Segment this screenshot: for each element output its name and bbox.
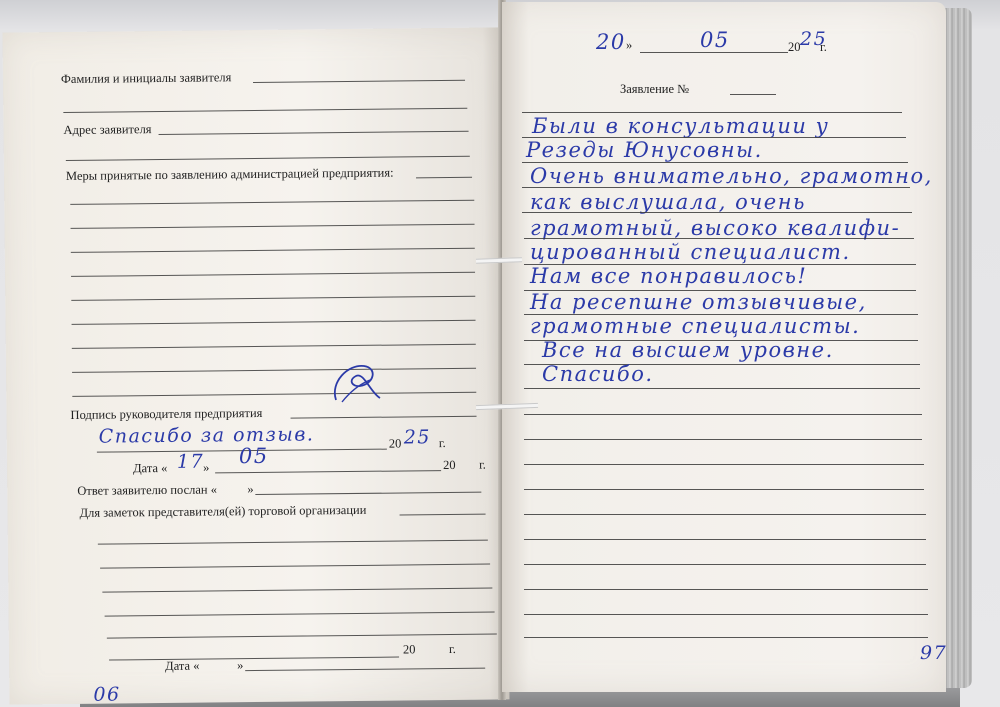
statement-line: Нам все понравилось! <box>530 264 807 288</box>
response-day: 17 <box>177 451 204 473</box>
right-page-number: 97 <box>920 642 947 664</box>
manager-signature-label: Подпись руководителя предприятия <box>70 406 262 423</box>
left-page: Фамилия и инициалы заявителя Адрес заяви… <box>2 27 509 704</box>
statement-day: 20 <box>596 30 626 54</box>
notes-year-suffix: г. <box>449 642 456 657</box>
applicant-address-line <box>159 131 469 135</box>
statement-line: Все на высшем уровне. <box>542 338 834 362</box>
statement-year-suffix: г. <box>820 40 827 55</box>
left-page-number: 06 <box>93 683 120 705</box>
measures-line <box>416 177 472 179</box>
notes-date-label: Дата « <box>165 659 199 674</box>
date-year-suffix: г. <box>479 458 486 473</box>
notes-date-close: » <box>237 658 243 673</box>
notes-line <box>400 514 486 516</box>
response-year-suffix: г. <box>439 436 446 451</box>
handwritten-response: Спасибо за отзыв. <box>99 423 315 447</box>
notes-date-line <box>245 668 485 672</box>
applicant-name-line <box>253 80 465 83</box>
reply-sent-line <box>255 492 481 495</box>
statement-date-line <box>640 52 788 53</box>
date-year-prefix: 20 <box>443 458 456 473</box>
reply-sent-close: » <box>247 482 253 497</box>
date-line <box>215 470 441 473</box>
page-edges <box>942 8 972 688</box>
statement-line: Были в консультации у <box>532 114 829 138</box>
applicant-address-label: Адрес заявителя <box>63 122 151 138</box>
applicant-address-line-2 <box>66 156 470 161</box>
statement-line: Очень внимательно, грамотно, <box>530 164 933 188</box>
response-year-prefix: 20 <box>389 436 402 451</box>
applicant-name-line-2 <box>63 108 467 113</box>
statement-date-close: » <box>626 38 632 53</box>
notes-label: Для заметок представителя(ей) торговой о… <box>79 503 366 521</box>
statement-number-line <box>730 94 776 95</box>
signature-icon <box>330 362 382 406</box>
notes-year-prefix: 20 <box>403 642 416 657</box>
date-label: Дата « <box>133 461 167 476</box>
right-page: 20 » 05 20 25 г. Заявление № Были в конс… <box>502 2 946 692</box>
statement-line: как выслушала, очень <box>530 190 806 214</box>
manager-signature-line <box>291 416 477 419</box>
response-month: 05 <box>239 444 269 468</box>
response-year: 25 <box>404 426 431 448</box>
statement-line: Спасибо. <box>542 362 654 386</box>
date-close-quote: » <box>203 460 209 475</box>
statement-line: Резеды Юнусовны. <box>526 138 763 162</box>
statement-number-label: Заявление № <box>620 82 689 97</box>
statement-month: 05 <box>700 28 730 52</box>
statement-line: На ресепшне отзывчивые, <box>530 290 867 314</box>
statement-line: цированный специалист. <box>530 240 851 264</box>
measures-label: Меры принятые по заявлению администрацие… <box>66 166 394 184</box>
statement-year-prefix: 20 <box>788 40 801 55</box>
statement-line: грамотный, высоко квалифи- <box>530 216 900 240</box>
reply-sent-label: Ответ заявителю послан « <box>77 482 217 498</box>
applicant-name-label: Фамилия и инициалы заявителя <box>61 70 231 87</box>
statement-line: грамотные специалисты. <box>530 314 860 338</box>
notes-date-line-top <box>109 657 399 661</box>
